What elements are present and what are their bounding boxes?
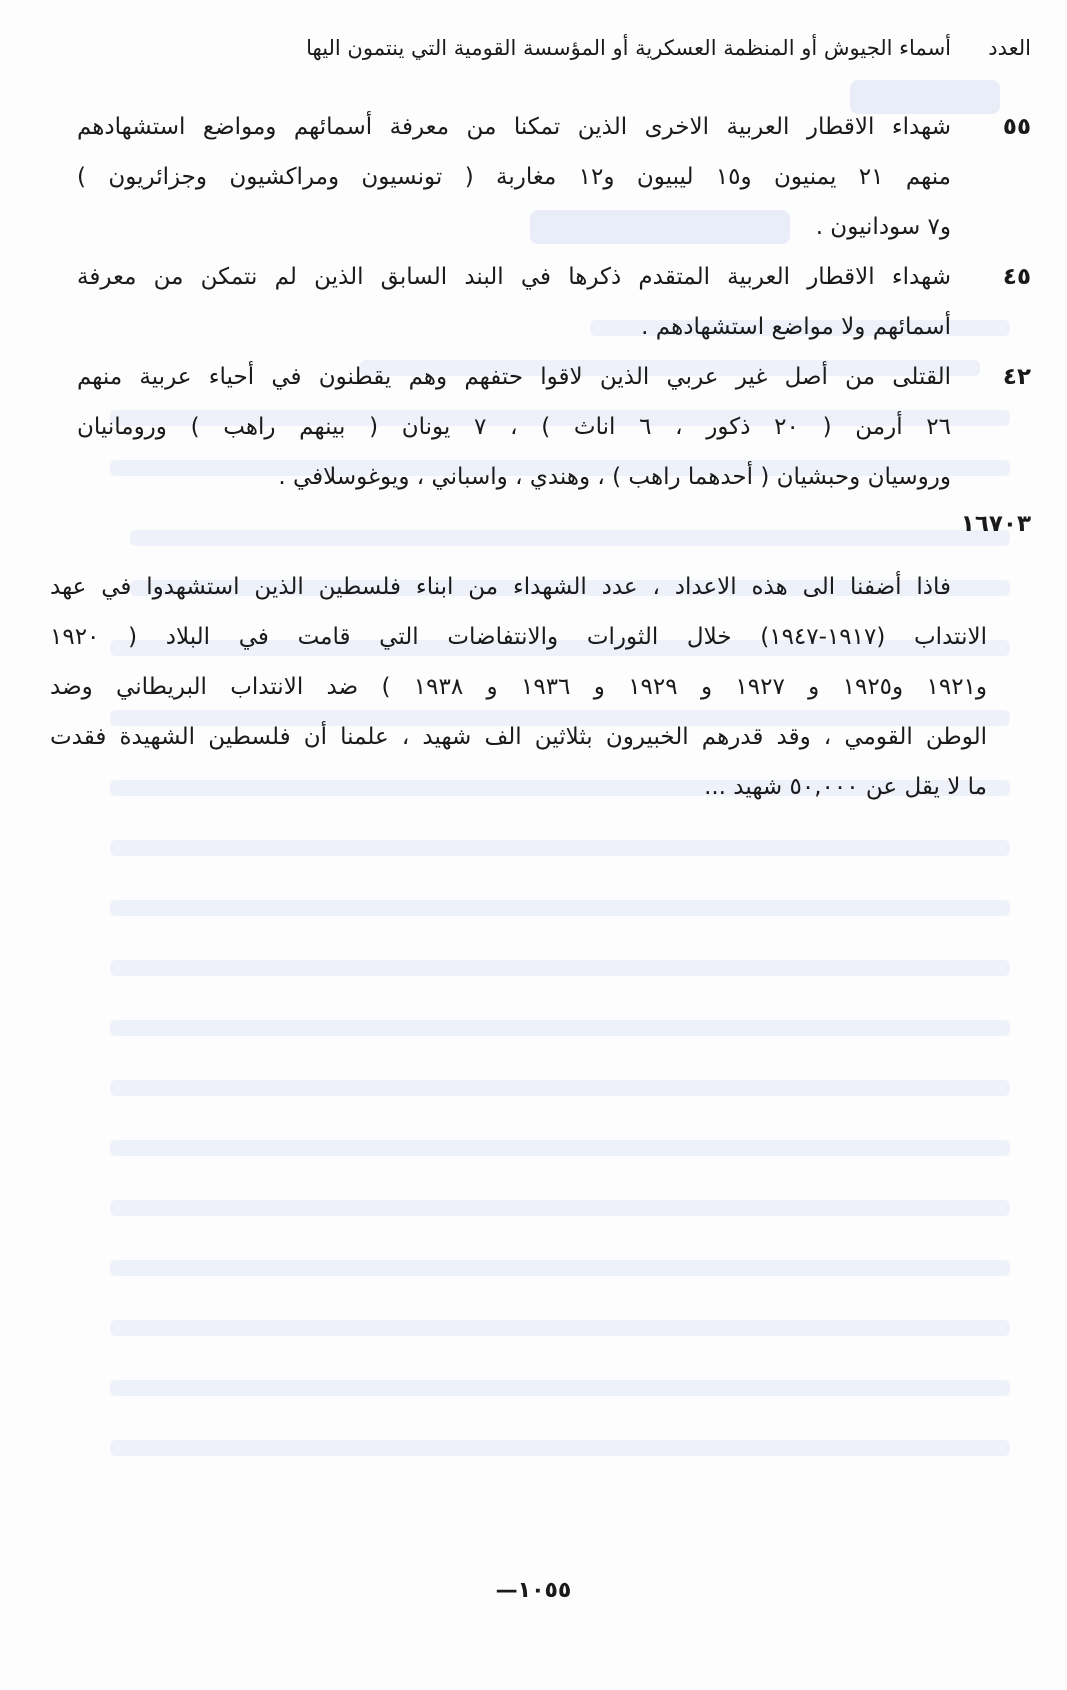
paragraph-line: فاذا أضفنا الى هذه الاعداد ، عدد الشهداء… — [50, 562, 987, 612]
table-header: العدد أسماء الجيوش أو المنظمة العسكرية أ… — [27, 28, 1047, 68]
description-line: و٧ سودانيون . — [77, 202, 951, 252]
table-row: ٥٥ شهداء الاقطار العربية الاخرى الذين تم… — [27, 102, 1047, 252]
row-count: ٤٢ — [951, 352, 1047, 502]
description-line: منهم ٢١ يمنيون و١٥ ليبيون و١٢ مغاربة ( ت… — [77, 152, 951, 202]
row-description: القتلى من أصل غير عربي الذين لاقوا حتفهم… — [27, 352, 951, 502]
description-line: القتلى من أصل غير عربي الذين لاقوا حتفهم… — [77, 352, 951, 402]
paragraph-line: ما لا يقل عن ٥٠,٠٠٠ شهيد ... — [50, 762, 987, 812]
row-description: شهداء الاقطار العربية الاخرى الذين تمكنا… — [27, 102, 951, 252]
page-number: —١٠٥٥ — [0, 1578, 1067, 1603]
book-page: العدد أسماء الجيوش أو المنظمة العسكرية أ… — [0, 0, 1067, 1690]
paragraph-line: و١٩٢١ و١٩٢٥ و ١٩٢٧ و ١٩٢٩ و ١٩٣٦ و ١٩٣٨ … — [50, 662, 987, 712]
table-total: ١٦٧٠٣ — [961, 504, 1031, 544]
table-row: ٤٢ القتلى من أصل غير عربي الذين لاقوا حت… — [27, 352, 1047, 502]
description-line: أسمائهم ولا مواضع استشهادهم . — [77, 302, 951, 352]
table-row: ٤٥ شهداء الاقطار العربية المتقدم ذكرها ف… — [27, 252, 1047, 352]
description-line: شهداء الاقطار العربية الاخرى الذين تمكنا… — [77, 102, 951, 152]
row-count: ٥٥ — [951, 102, 1047, 252]
table-body: ٥٥ شهداء الاقطار العربية الاخرى الذين تم… — [27, 102, 1047, 502]
paragraph-line: الانتداب (١٩١٧-١٩٤٧) خلال الثورات والانت… — [50, 612, 987, 662]
row-count: ٤٥ — [951, 252, 1047, 352]
description-line: وروسيان وحبشيان ( أحدهما راهب ) ، وهندي … — [77, 452, 951, 502]
column-header-description: أسماء الجيوش أو المنظمة العسكرية أو المؤ… — [27, 28, 951, 68]
row-description: شهداء الاقطار العربية المتقدم ذكرها في ا… — [27, 252, 951, 352]
column-header-count: العدد — [951, 28, 1047, 68]
description-line: شهداء الاقطار العربية المتقدم ذكرها في ا… — [77, 252, 951, 302]
description-line: ٢٦ أرمن ( ٢٠ ذكور ، ٦ اناث ) ، ٧ يونان (… — [77, 402, 951, 452]
body-paragraph: فاذا أضفنا الى هذه الاعداد ، عدد الشهداء… — [50, 562, 987, 812]
paragraph-line: الوطن القومي ، وقد قدرهم الخبيرون بثلاثي… — [50, 712, 987, 762]
